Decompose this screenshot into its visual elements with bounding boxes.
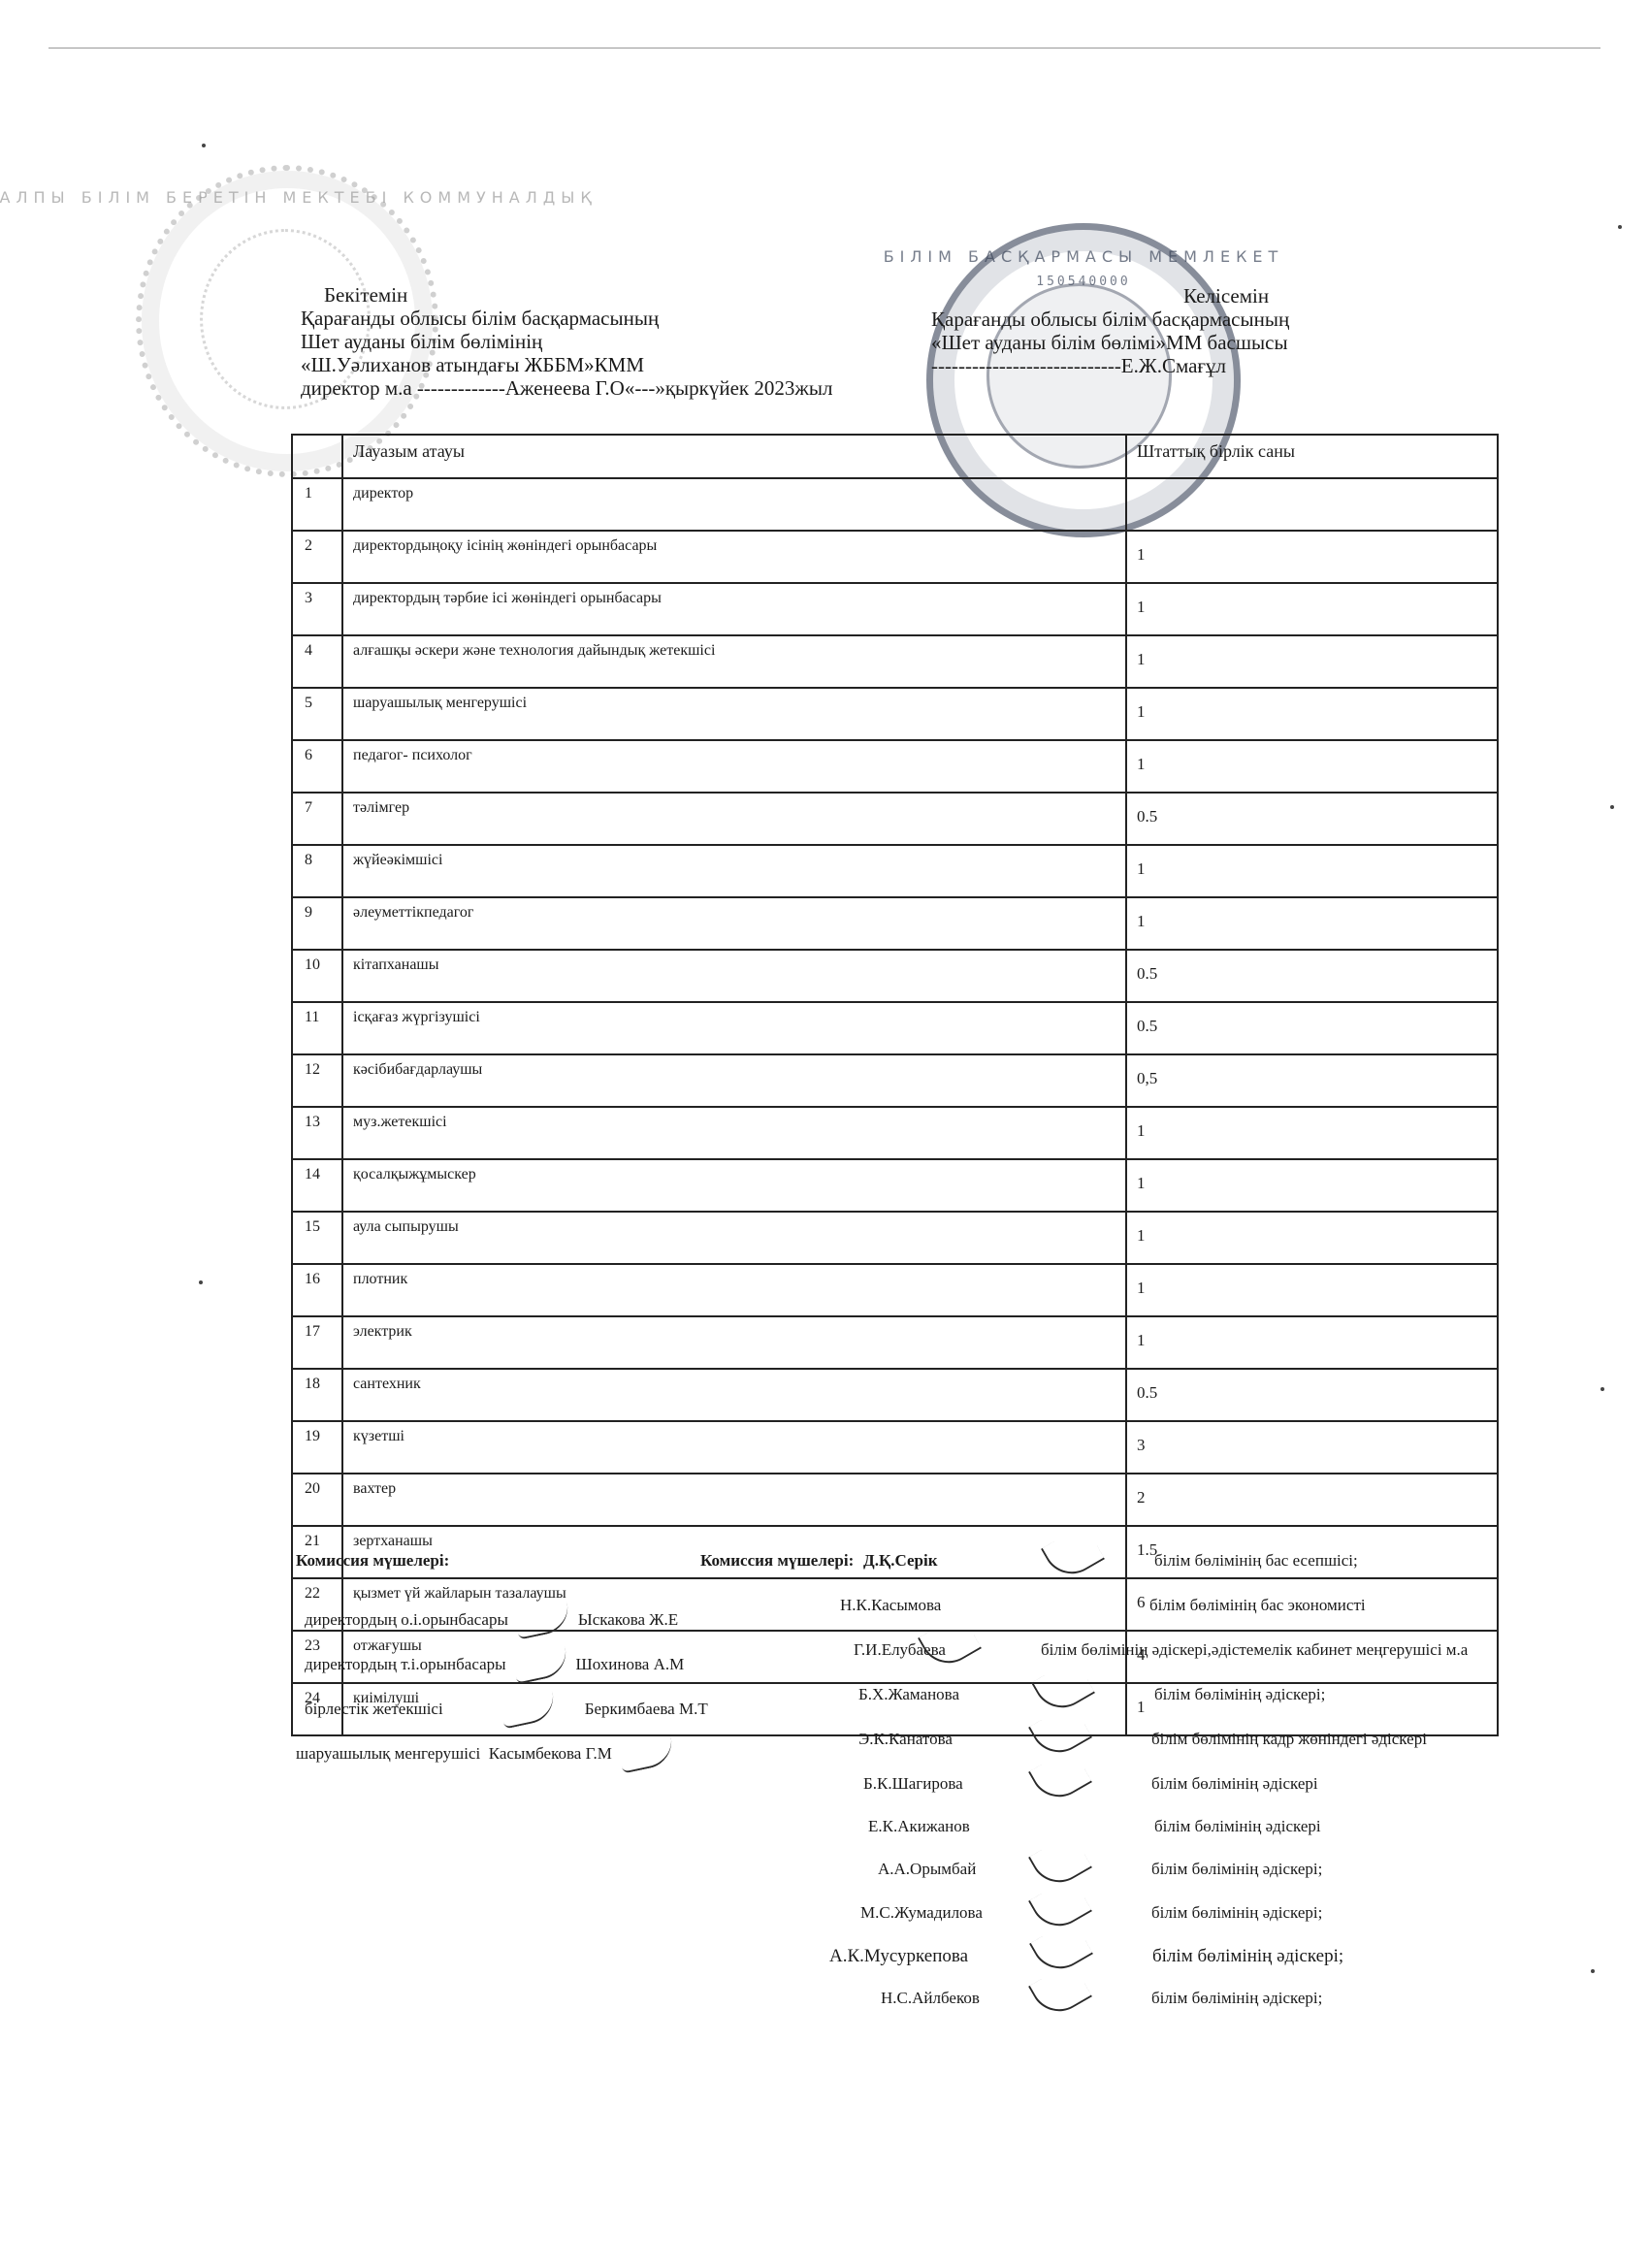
position-name: директор xyxy=(342,478,1126,531)
agreement-line: ----------------------------Е.Ж.Смағұл xyxy=(931,354,1289,377)
commission-member: директордың о.і.орынбасарыЫскакова Ж.Е xyxy=(305,1607,678,1635)
table-row: 10кітапханашы0.5 xyxy=(292,950,1498,1002)
row-number: 11 xyxy=(292,1002,342,1054)
table-row: 4алғашқы әскери және технология дайындық… xyxy=(292,635,1498,688)
position-name: кәсібибағдарлаушы xyxy=(342,1054,1126,1107)
row-number: 14 xyxy=(292,1159,342,1212)
scan-speck xyxy=(1591,1969,1595,1973)
approval-line: Шет ауданы білім бөлімінің xyxy=(301,330,832,353)
position-name: күзетші xyxy=(342,1421,1126,1474)
row-number: 13 xyxy=(292,1107,342,1159)
table-row: 19күзетші3 xyxy=(292,1421,1498,1474)
staff-table: Лауазым атауы Штаттық бірлік саны 1дирек… xyxy=(291,434,1499,1736)
position-name: директордың тәрбие ісі жөніндегі орынбас… xyxy=(342,583,1126,635)
staff-units: 1 xyxy=(1126,897,1498,950)
position-name: алғашқы әскери және технология дайындық … xyxy=(342,635,1126,688)
stamp-label: БІЛІМ БАСҚАРМАСЫ МЕМЛЕКЕТ xyxy=(884,247,1284,266)
table-row: 17электрик1 xyxy=(292,1316,1498,1369)
member-name: А.А.Орымбай xyxy=(878,1860,976,1879)
scan-speck xyxy=(1610,805,1614,809)
position-name: директордыңоқу ісінің жөніндегі орынбаса… xyxy=(342,531,1126,583)
position-name: сантехник xyxy=(342,1369,1126,1421)
table-row: 11ісқағаз жүргізушісі0.5 xyxy=(292,1002,1498,1054)
position-name: педагог- психолог xyxy=(342,740,1126,793)
staff-units: 0.5 xyxy=(1126,1369,1498,1421)
member-name: А.К.Мусуркепова xyxy=(829,1946,968,1967)
staff-units: 1 xyxy=(1126,583,1498,635)
member-role: білім бөлімінің әдіскері; xyxy=(1151,1860,1322,1879)
position-name: муз.жетекшісі xyxy=(342,1107,1126,1159)
row-number: 10 xyxy=(292,950,342,1002)
table-row: 15аула сыпырушы1 xyxy=(292,1212,1498,1264)
staff-units: 0.5 xyxy=(1126,950,1498,1002)
row-number: 4 xyxy=(292,635,342,688)
header-staff-units: Штаттық бірлік саны xyxy=(1126,435,1498,478)
signature-icon xyxy=(511,1646,570,1684)
table-row: 12кәсібибағдарлаушы0,5 xyxy=(292,1054,1498,1107)
member-name: М.С.Жумадилова xyxy=(860,1903,983,1923)
row-number: 16 xyxy=(292,1264,342,1316)
table-row: 2директордыңоқу ісінің жөніндегі орынбас… xyxy=(292,531,1498,583)
staff-units: 0.5 xyxy=(1126,793,1498,845)
position-name: электрик xyxy=(342,1316,1126,1369)
scan-speck xyxy=(1618,225,1622,229)
table-body: 1директор2директордыңоқу ісінің жөніндег… xyxy=(292,478,1498,1735)
table-row: 9әлеуметтікпедагог1 xyxy=(292,897,1498,950)
row-number: 18 xyxy=(292,1369,342,1421)
table-row: 13муз.жетекшісі1 xyxy=(292,1107,1498,1159)
row-number: 9 xyxy=(292,897,342,950)
table-row: 3директордың тәрбие ісі жөніндегі орынба… xyxy=(292,583,1498,635)
signature-icon xyxy=(1028,1747,1092,1807)
spacer xyxy=(480,1744,489,1763)
approval-block: Бекітемін Қарағанды облысы білім басқарм… xyxy=(301,283,832,400)
staff-units: 1 xyxy=(1126,1264,1498,1316)
staff-units: 1 xyxy=(1126,1107,1498,1159)
staff-units: 0,5 xyxy=(1126,1054,1498,1107)
table-row: 14қосалқыжұмыскер1 xyxy=(292,1159,1498,1212)
row-number: 5 xyxy=(292,688,342,740)
member-role: білім бөлімінің әдіскері; xyxy=(1154,1685,1325,1704)
row-number: 20 xyxy=(292,1474,342,1526)
approval-line: «Ш.Уәлиханов атындағы ЖББМ»КММ xyxy=(301,353,832,376)
member-role: білім бөлімінің бас есепшісі; xyxy=(1154,1551,1358,1571)
staff-units: 1 xyxy=(1126,740,1498,793)
member-role: білім бөлімінің әдіскері,әдістемелік каб… xyxy=(1041,1640,1468,1660)
member-name: Ыскакова Ж.Е xyxy=(578,1610,678,1629)
commission-member: директордың т.і.орынбасарыШохинова А.М xyxy=(305,1652,684,1679)
member-role: білім бөлімінің кадр жөніндегі әдіскері xyxy=(1151,1730,1427,1749)
commission-right-title: Комиссия мүшелері: xyxy=(700,1551,854,1571)
signature-icon xyxy=(618,1735,677,1773)
signature-icon xyxy=(514,1602,573,1639)
staff-units: 1 xyxy=(1126,1316,1498,1369)
position-name: плотник xyxy=(342,1264,1126,1316)
scan-speck xyxy=(1600,1387,1604,1391)
staff-units: 1 xyxy=(1126,1159,1498,1212)
table-header-row: Лауазым атауы Штаттық бірлік саны xyxy=(292,435,1498,478)
header-number xyxy=(292,435,342,478)
staff-units: 1 xyxy=(1126,845,1498,897)
table-row: 7тәлімгер0.5 xyxy=(292,793,1498,845)
scan-speck xyxy=(202,144,206,147)
table-row: 16плотник1 xyxy=(292,1264,1498,1316)
row-number: 15 xyxy=(292,1212,342,1264)
signature-icon xyxy=(499,1691,558,1729)
position-name: әлеуметтікпедагог xyxy=(342,897,1126,950)
member-name: Касымбекова Г.М xyxy=(489,1744,612,1763)
staff-units: 1 xyxy=(1126,1212,1498,1264)
row-number: 3 xyxy=(292,583,342,635)
member-role: білім бөлімінің бас экономисті xyxy=(1149,1596,1366,1615)
row-number: 8 xyxy=(292,845,342,897)
agreement-line: Қарағанды облысы білім басқармасының xyxy=(931,308,1289,331)
staff-units: 3 xyxy=(1126,1421,1498,1474)
table-row: 5шаруашылық менгерушісі1 xyxy=(292,688,1498,740)
row-number: 17 xyxy=(292,1316,342,1369)
table-row: 18сантехник0.5 xyxy=(292,1369,1498,1421)
row-number: 19 xyxy=(292,1421,342,1474)
member-role: білім бөлімінің әдіскері xyxy=(1154,1817,1321,1836)
staff-units: 1 xyxy=(1126,531,1498,583)
stamp-label: ЖАЛПЫ БІЛІМ БЕРЕТІН МЕКТЕБІ КОММУНАЛДЫҚ xyxy=(0,188,598,207)
commission-member: бірлестік жетекшісіБеркимбаева М.Т xyxy=(305,1697,708,1724)
approval-title: Бекітемін xyxy=(301,283,832,307)
row-number: 12 xyxy=(292,1054,342,1107)
row-number: 1 xyxy=(292,478,342,531)
row-number: 7 xyxy=(292,793,342,845)
commission-left-title: Комиссия мүшелері: xyxy=(296,1551,449,1571)
commission-member: шаруашылық менгерушісі Касымбекова Г.М xyxy=(296,1741,682,1768)
header-position-name: Лауазым атауы xyxy=(342,435,1126,478)
agreement-title: Келісемін xyxy=(931,284,1289,308)
member-name: Н.С.Айлбеков xyxy=(881,1989,980,2008)
member-role: директордың о.і.орынбасары xyxy=(305,1610,508,1629)
position-name: тәлімгер xyxy=(342,793,1126,845)
agreement-block: Келісемін Қарағанды облысы білім басқарм… xyxy=(931,284,1289,377)
member-name: Н.К.Касымова xyxy=(840,1596,941,1615)
member-name: Е.К.Акижанов xyxy=(868,1817,970,1836)
table-row: 20вахтер2 xyxy=(292,1474,1498,1526)
member-name: Беркимбаева М.Т xyxy=(585,1700,708,1718)
table-row: 8жүйеәкімшісі1 xyxy=(292,845,1498,897)
member-name: Шохинова А.М xyxy=(576,1655,685,1673)
table-row: 1директор xyxy=(292,478,1498,531)
agreement-line: «Шет ауданы білім бөлімі»ММ басшысы xyxy=(931,331,1289,354)
position-name: қосалқыжұмыскер xyxy=(342,1159,1126,1212)
top-rule xyxy=(48,48,1600,49)
staff-units: 2 xyxy=(1126,1474,1498,1526)
position-name: аула сыпырушы xyxy=(342,1212,1126,1264)
member-role: білім бөлімінің әдіскері; xyxy=(1152,1946,1343,1967)
position-name: жүйеәкімшісі xyxy=(342,845,1126,897)
member-role: бірлестік жетекшісі xyxy=(305,1700,443,1718)
member-name: Б.К.Шагирова xyxy=(863,1774,963,1794)
row-number: 6 xyxy=(292,740,342,793)
member-role: шаруашылық менгерушісі xyxy=(296,1744,480,1763)
staff-units: 0.5 xyxy=(1126,1002,1498,1054)
position-name: вахтер xyxy=(342,1474,1126,1526)
scan-speck xyxy=(199,1280,203,1284)
position-name: кітапханашы xyxy=(342,950,1126,1002)
table-row: 6педагог- психолог1 xyxy=(292,740,1498,793)
position-name: ісқағаз жүргізушісі xyxy=(342,1002,1126,1054)
member-name: Д.Қ.Серік xyxy=(863,1551,938,1571)
member-role: директордың т.і.орынбасары xyxy=(305,1655,506,1673)
position-name: шаруашылық менгерушісі xyxy=(342,688,1126,740)
approval-line: директор м.а -------------Аженеева Г.О«-… xyxy=(301,376,832,400)
signature-icon xyxy=(1028,1961,1092,2022)
member-name: Э.К.Канатова xyxy=(858,1730,953,1749)
member-role: білім бөлімінің әдіскері xyxy=(1151,1774,1318,1794)
row-number: 2 xyxy=(292,531,342,583)
member-role: білім бөлімінің әдіскері; xyxy=(1151,1989,1322,2008)
staff-units xyxy=(1126,478,1498,531)
staff-units: 1 xyxy=(1126,635,1498,688)
member-role: білім бөлімінің әдіскері; xyxy=(1151,1903,1322,1923)
staff-units: 1 xyxy=(1126,688,1498,740)
member-name: Б.Х.Жаманова xyxy=(858,1685,959,1704)
approval-line: Қарағанды облысы білім басқармасының xyxy=(301,307,832,330)
